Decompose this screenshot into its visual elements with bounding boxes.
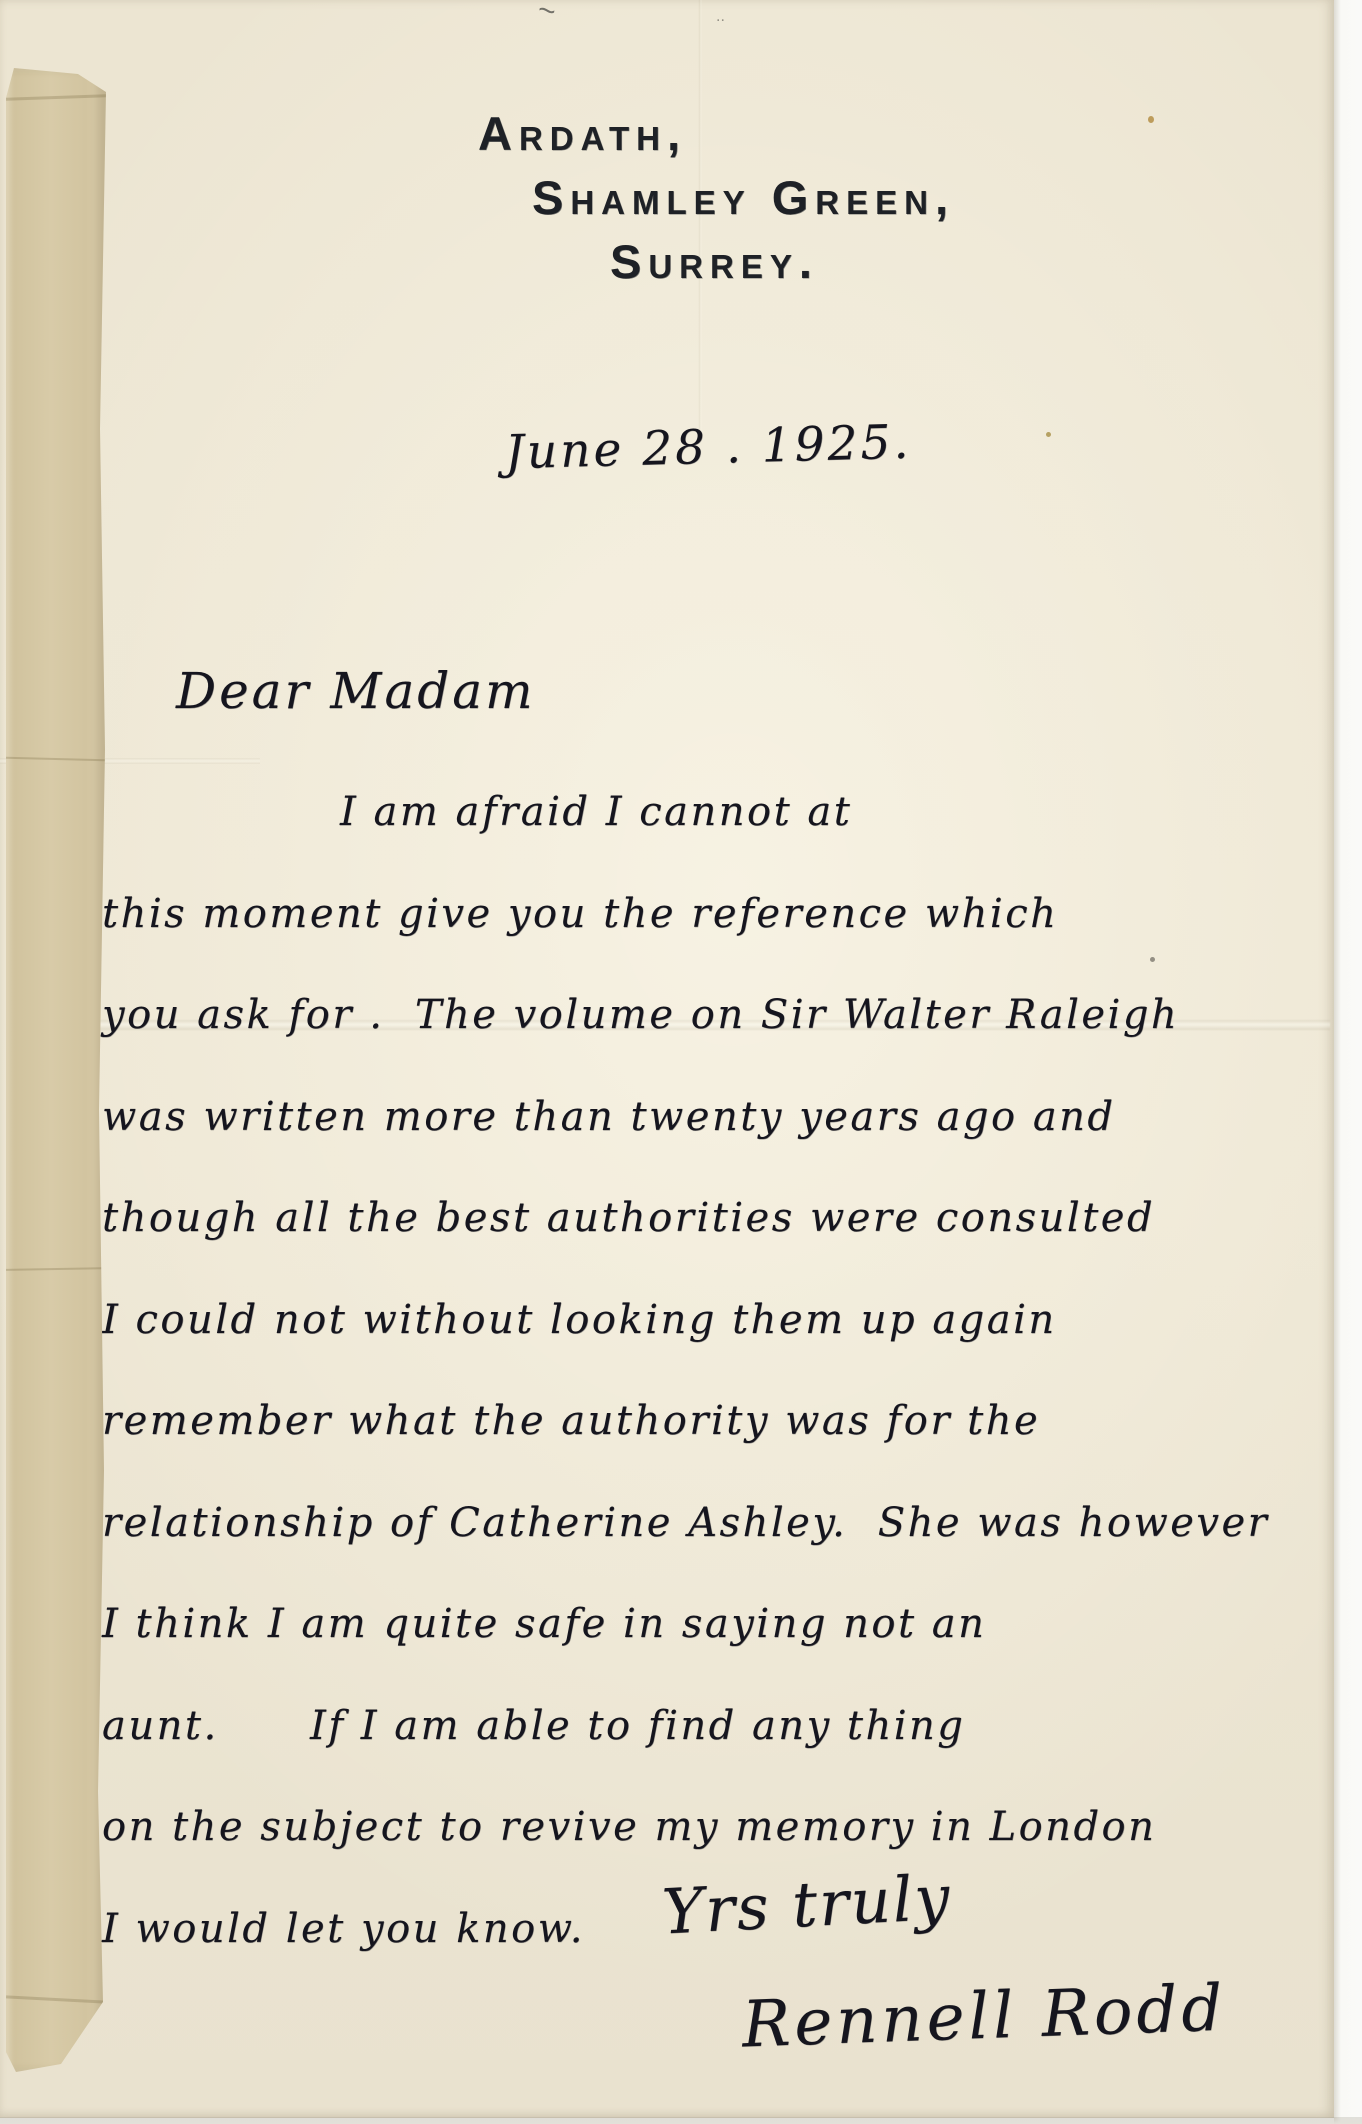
printed-letterhead: Ardath, Shamley Green, Surrey. [478,102,955,294]
scanner-bed-bottom-edge [0,2117,1362,2124]
handwriting-line: I am afraid I cannot at [102,762,1347,864]
signature-rennell-rodd: Rennell Rodd [741,1972,1228,2063]
handwriting-line: you ask for . The volume on Sir Walter R… [102,965,1347,1067]
tape-fold-line [6,757,106,762]
letter-paper: Ardath, Shamley Green, Surrey. June 28 .… [0,0,1334,2118]
handwriting-line: this moment give you the reference which [102,864,1347,966]
salutation: Dear Madam [176,662,536,720]
handwriting-line: I could not without looking them up agai… [102,1270,1347,1372]
tape-fold-line [6,1267,106,1271]
ink-dots-smudge: .. [716,8,725,26]
paper-speck [1148,116,1154,123]
handwriting-line: remember what the authority was for the [102,1371,1347,1473]
letterhead-county: Surrey. [610,230,955,294]
tape-fold-line [6,94,106,100]
handwriting-line: relationship of Catherine Ashley. She wa… [102,1473,1347,1575]
tape-fold-line [6,1995,106,2003]
tape-strip [6,68,106,2072]
letterhead-house-name: Ardath, [478,102,955,166]
letter-body: I am afraid I cannot at this moment give… [102,762,1347,1980]
scanner-bed-edge [1334,0,1362,2124]
handwriting-line: was written more than twenty years ago a… [102,1067,1347,1169]
handwriting-line: aunt. If I am able to find any thing [102,1676,1347,1778]
handwritten-date: June 28 . 1925. [504,415,912,481]
letterhead-village: Shamley Green, [532,166,955,230]
closing-valediction: Yrs truly [660,1860,953,1948]
handwriting-line: though all the best authorities were con… [102,1168,1347,1270]
handwriting-line: I think I am quite safe in saying not an [102,1574,1347,1676]
paper-speck [1150,957,1155,962]
handwriting-line: on the subject to revive my memory in Lo… [102,1777,1347,1879]
scanned-letter: Ardath, Shamley Green, Surrey. June 28 .… [0,0,1362,2124]
paper-speck [1046,432,1051,437]
